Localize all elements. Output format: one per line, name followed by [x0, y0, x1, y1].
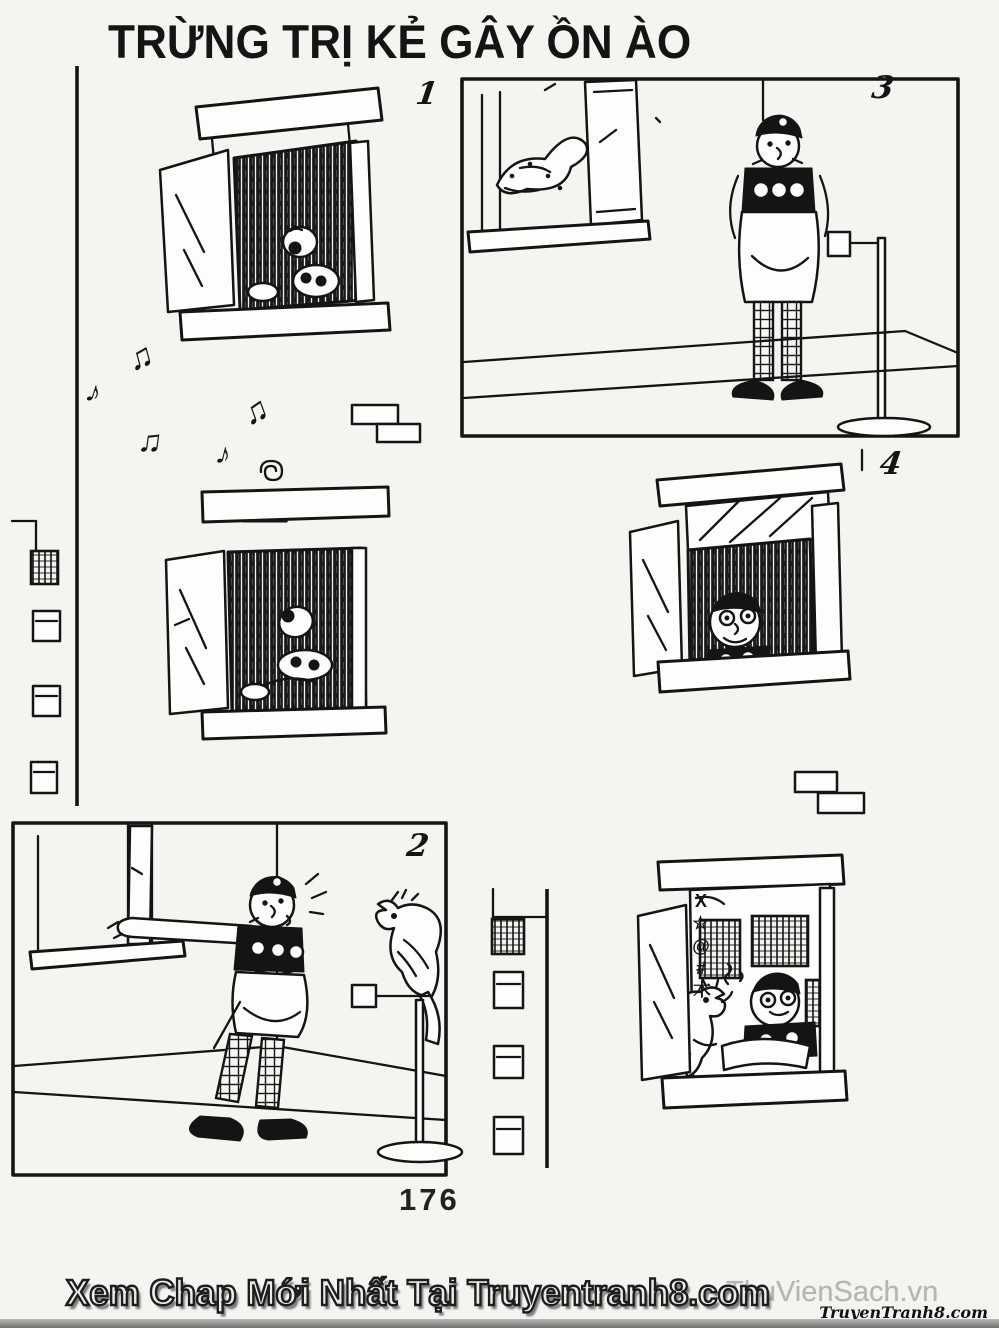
room-window-2	[30, 825, 185, 969]
flying-bird	[497, 138, 587, 194]
middle-window	[166, 487, 389, 739]
final-window	[638, 855, 847, 1108]
parrot-grawlix-speech: X☆@#木	[688, 891, 714, 1001]
spiral-icon	[261, 461, 282, 480]
building-outline	[12, 66, 77, 806]
page-number: 176	[399, 1182, 460, 1218]
panel-number-2: 2	[404, 828, 431, 864]
comic-page: { "page": { "title": "TRỪNG TRỊ KẺ GÂY Ồ…	[0, 0, 999, 1328]
panel-4-window	[630, 450, 862, 692]
standing-man	[730, 115, 828, 400]
emphasis-marks	[306, 874, 326, 914]
panel-1-window	[160, 88, 390, 340]
footer-strip	[0, 1319, 999, 1328]
music-note-icon: ♫	[135, 420, 165, 461]
panel-3	[462, 79, 958, 436]
panel-2	[13, 823, 462, 1175]
page-title: TRỪNG TRỊ KẺ GÂY ỒN ÀO	[108, 14, 804, 69]
building-outline-right	[492, 889, 547, 1168]
comic-art	[0, 0, 999, 1328]
footer-promo-text: Xem Chap Mới Nhất Tại Truyentranh8.com	[66, 1272, 764, 1314]
